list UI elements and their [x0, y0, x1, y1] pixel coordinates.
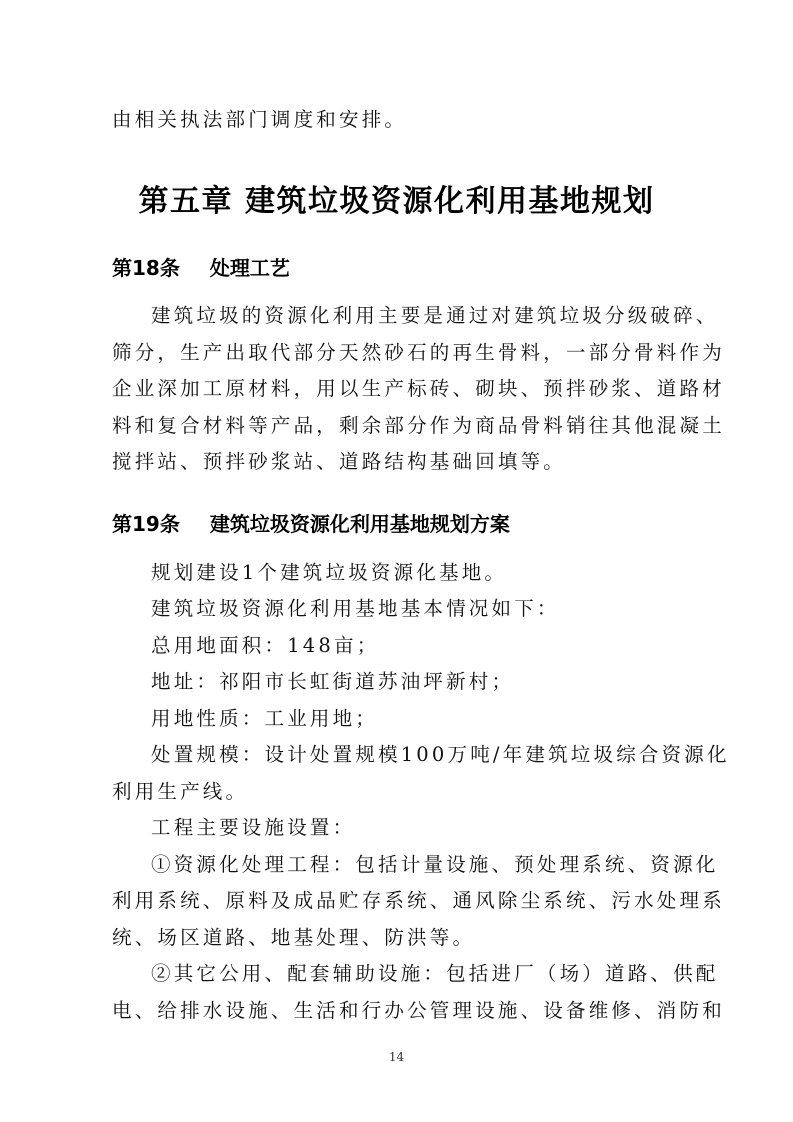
- paragraph-line: 总用地面积：148亩；: [151, 634, 379, 658]
- paragraph-line: 企业深加工原材料，用以生产标砖、砌块、预拌砂浆、道路材: [112, 377, 725, 401]
- article-number: 第18条: [112, 256, 180, 280]
- carryover-text: 由相关执法部门调度和安排。: [112, 108, 407, 132]
- paragraph-line: ②其它公用、配套辅助设施：包括进厂（场）道路、供配: [151, 962, 719, 986]
- paragraph-line: 利用生产线。: [112, 780, 248, 804]
- chapter-title: 第五章 建筑垃圾资源化利用基地规划: [0, 176, 793, 220]
- paragraph-line: 建筑垃圾资源化利用基地基本情况如下：: [151, 597, 560, 621]
- paragraph-line: 工程主要设施设置：: [151, 816, 355, 840]
- article-number: 第19条: [112, 512, 180, 536]
- paragraph-line: 电、给排水设施、生活和行办公管理设施、设备维修、消防和: [112, 999, 725, 1023]
- paragraph-line: 料和复合材料等产品，剩余部分作为商品骨料销往其他混凝土: [112, 414, 725, 438]
- paragraph-line: 利用系统、原料及成品贮存系统、通风除尘系统、污水处理系: [112, 889, 725, 913]
- article-title: 建筑垃圾资源化利用基地规划方案: [210, 512, 510, 536]
- paragraph-line: ①资源化处理工程：包括计量设施、预处理系统、资源化: [151, 853, 719, 877]
- page-number: 14: [0, 1050, 793, 1064]
- article-18-heading: 第18条处理工艺: [112, 252, 290, 281]
- paragraph-line: 地址：祁阳市长虹街道苏油坪新村；: [151, 670, 514, 694]
- paragraph-line: 建筑垃圾的资源化利用主要是通过对建筑垃圾分级破碎、: [151, 304, 719, 328]
- paragraph-line: 规划建设1个建筑垃圾资源化基地。: [151, 561, 507, 585]
- paragraph-line: 搅拌站、预拌砂浆站、道路结构基础回填等。: [112, 450, 566, 474]
- paragraph-line: 筛分，生产出取代部分天然砂石的再生骨料，一部分骨料作为: [112, 341, 725, 365]
- paragraph-line: 处置规模：设计处置规模100万吨/年建筑垃圾综合资源化: [151, 743, 730, 767]
- article-19-heading: 第19条建筑垃圾资源化利用基地规划方案: [112, 508, 510, 537]
- paragraph-line: 统、场区道路、地基处理、防洪等。: [112, 926, 475, 950]
- article-title: 处理工艺: [210, 256, 290, 280]
- paragraph-line: 用地性质：工业用地；: [151, 707, 378, 731]
